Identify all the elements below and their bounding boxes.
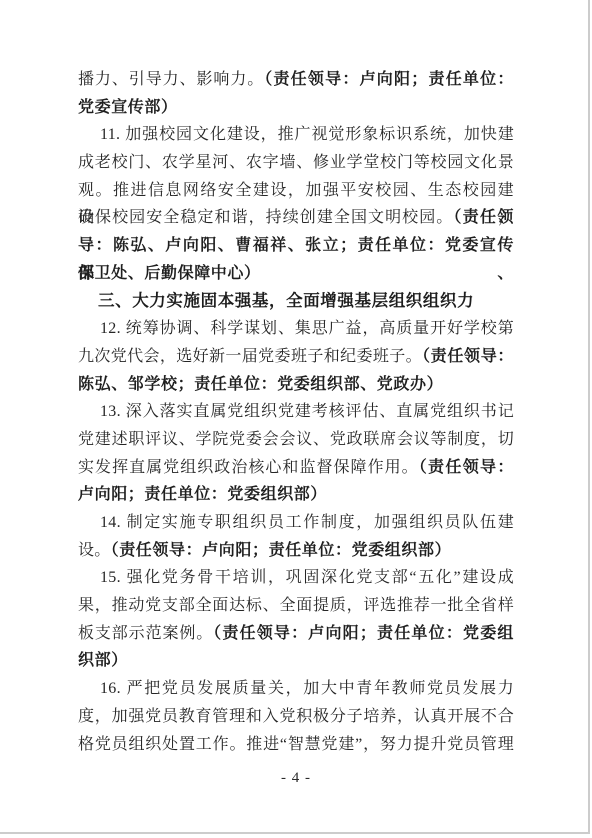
document-page: 播力、引导力、影响力。（责任领导：卢向阳；责任单位：党委宣传部）11. 加强校园… (0, 0, 592, 838)
text-line: 九次党代会，选好新一届党委班子和纪委班子。（责任领导： (78, 343, 514, 371)
body-text-run: 党建述职评议、学院党委会会议、党政联席会议等制度，切 (78, 431, 514, 448)
text-line: 格党员组织处置工作。推进“智慧党建”，努力提升党员管理 (78, 731, 514, 759)
page-edge-right (588, 0, 590, 834)
text-line: 党建述职评议、学院党委会会议、党政联席会议等制度，切 (78, 426, 514, 454)
responsibility-text-run: （责任领导：卢向阳；责任单位： (264, 71, 514, 88)
responsibility-text-run: 三、大力实施固本强基，全面增强基层组织组织力 (98, 292, 474, 310)
text-line: 11. 加强校园文化建设，推广视觉形象标识系统，加快建 (78, 121, 514, 149)
text-line: 卢向阳；责任单位：党委组织部） (78, 481, 514, 509)
responsibility-text-run: （责任领导：卢向阳；责任单位：党委组 (213, 625, 514, 642)
responsibility-text-run: 织部） (78, 652, 128, 669)
body-text-run: 实发挥直属党组织政治核心和监督保障作用。 (78, 459, 419, 476)
body-text-run: 15. 强化党务骨干培训，巩固深化党支部“五化”建设成 (100, 569, 514, 586)
text-line: 陈弘、邹学校；责任单位：党委组织部、党政办） (78, 371, 514, 399)
body-text-run: 度，加强党员教育管理和入党积极分子培养，认真开展不合 (78, 708, 514, 725)
text-line: 15. 强化党务骨干培训，巩固深化党支部“五化”建设成 (78, 564, 514, 592)
body-text-run: 14. 制定实施专职组织员工作制度，加强组织员队伍建 (100, 514, 514, 531)
section-heading: 三、大力实施固本强基，全面增强基层组织组织力 (78, 288, 514, 316)
responsibility-text-run: 陈弘、邹学校；责任单位：党委组织部、党政办） (78, 376, 443, 393)
text-line: 织部） (78, 647, 514, 675)
responsibility-text-run: （责任领导： (422, 348, 514, 365)
text-line: 党委宣传部） (78, 94, 514, 122)
body-text-run: 11. 加强校园文化建设，推广视觉形象标识系统，加快建 (100, 126, 514, 143)
body-text-run: 成老校门、农学星河、农字墙、修业学堂校门等校园文化景 (78, 154, 514, 171)
responsibility-text-run: 党委宣传部） (78, 99, 178, 116)
text-line: 成老校门、农学星河、农字墙、修业学堂校门等校园文化景 (78, 149, 514, 177)
text-line: 板支部示范案例。（责任领导：卢向阳；责任单位：党委组 (78, 620, 514, 648)
text-line: 播力、引导力、影响力。（责任领导：卢向阳；责任单位： (78, 66, 514, 94)
responsibility-text-run: 卢向阳；责任单位：党委组织部） (78, 486, 327, 503)
body-text-run: 格党员组织处置工作。推进“智慧党建”，努力提升党员管理 (78, 736, 514, 753)
body-text-run: 播力、引导力、影响力。 (78, 71, 264, 88)
document-body: 播力、引导力、影响力。（责任领导：卢向阳；责任单位：党委宣传部）11. 加强校园… (78, 66, 514, 758)
text-line: 度，加强党员教育管理和入党积极分子培养，认真开展不合 (78, 703, 514, 731)
text-line: 观。推进信息网络安全建设，加强平安校园、生态校园建设， (78, 177, 514, 205)
body-text-run: 13. 深入落实直属党组织党建考核评估、直属党组织书记 (100, 403, 514, 420)
responsibility-text-run: （责任领导：卢向阳；责任单位：党委组织部） (111, 542, 452, 559)
text-line: 实发挥直属党组织政治核心和监督保障作用。（责任领导： (78, 454, 514, 482)
page-number: - 4 - (0, 768, 592, 788)
body-text-run: 果，推动党支部全面达标、全面提质，评选推荐一批全省样 (78, 597, 514, 614)
text-line: 导：陈弘、卢向阳、曹福祥、张立；责任单位：党委宣传部、 (78, 232, 514, 260)
body-text-run: 九次党代会，选好新一届党委班子和纪委班子。 (78, 348, 422, 365)
body-text-run: 12. 统筹协调、科学谋划、集思广益，高质量开好学校第 (100, 320, 514, 337)
body-text-run: 确保校园安全稳定和谐，持续创建全国文明校园。 (78, 209, 453, 226)
body-text-run: 设。 (78, 542, 111, 559)
text-line: 确保校园安全稳定和谐，持续创建全国文明校园。（责任领 (78, 204, 514, 232)
text-line: 14. 制定实施专职组织员工作制度，加强组织员队伍建 (78, 509, 514, 537)
text-line: 16. 严把党员发展质量关，加大中青年教师党员发展力 (78, 675, 514, 703)
body-text-run: 16. 严把党员发展质量关，加大中青年教师党员发展力 (100, 680, 514, 697)
text-line: 13. 深入落实直属党组织党建考核评估、直属党组织书记 (78, 398, 514, 426)
responsibility-text-run: （责任领 (453, 209, 514, 226)
page-edge-bottom (0, 832, 590, 834)
responsibility-text-run: （责任领导： (419, 459, 514, 476)
text-line: 果，推动党支部全面达标、全面提质，评选推荐一批全省样 (78, 592, 514, 620)
text-line: 设。（责任领导：卢向阳；责任单位：党委组织部） (78, 537, 514, 565)
text-line: 12. 统筹协调、科学谋划、集思广益，高质量开好学校第 (78, 315, 514, 343)
responsibility-text-run: 保卫处、后勤保障中心） (78, 265, 261, 282)
body-text-run: 板支部示范案例。 (78, 625, 213, 642)
